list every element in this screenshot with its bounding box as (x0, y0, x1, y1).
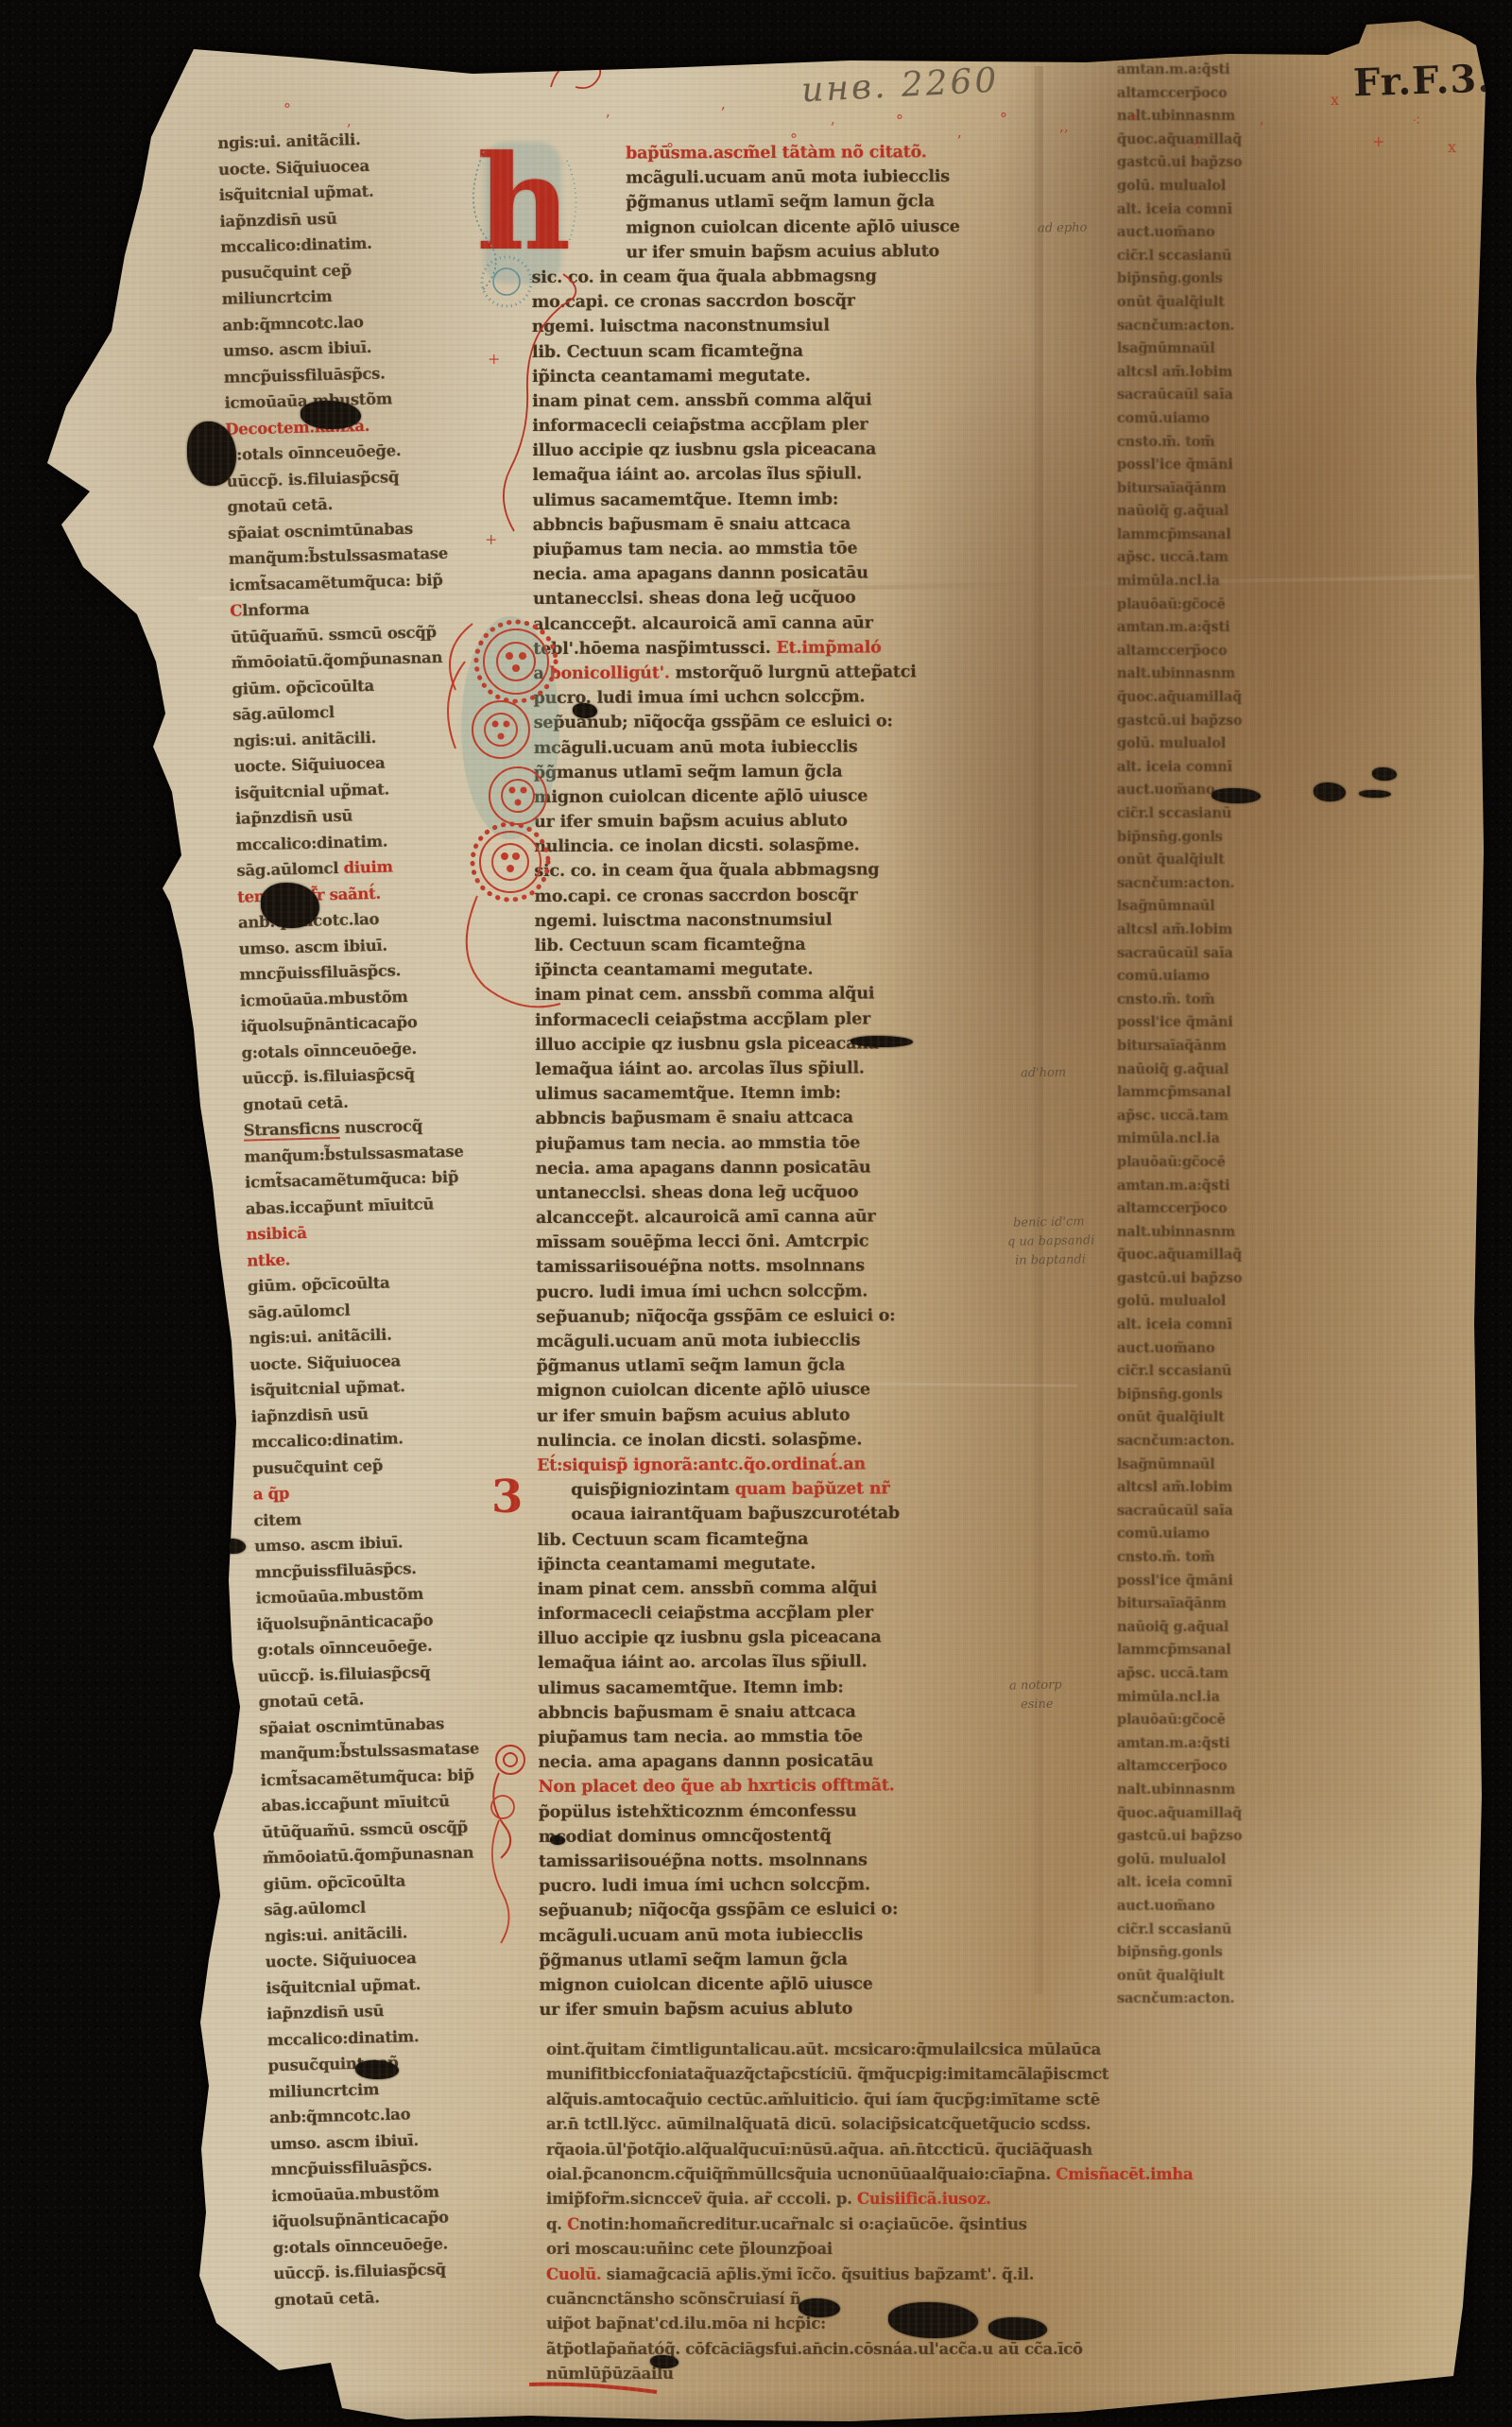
script-line: sacnčum:acton. (1117, 1430, 1353, 1454)
script-line: tebl'.hōema nasp̃imtussci. Et.imp̃maló (533, 634, 1030, 661)
ink-segment: mignon cuiolcan dicente ap̃lō uiusce (537, 1381, 870, 1402)
script-line: alcanccep̃t. alcauroicã amī canna aūr (533, 610, 1030, 636)
rubric-segment: Cmisñacēt.imha (1056, 2165, 1193, 2183)
ink-segment: sacnčum:acton. (1117, 1433, 1234, 1449)
ink-segment: mncp̃uissfiluāsp̃cs. (224, 364, 386, 386)
ink-segment: mcãguli.ucuam anū mota iubiecclis (536, 1331, 860, 1351)
script-line: lsag̃nūmnaūl (1117, 895, 1353, 919)
ink-segment: lammcp̃msanal (1117, 1642, 1231, 1658)
shelfmark-label: Fr.F.3. (1352, 56, 1492, 105)
ink-segment: pucro. ludi imua ími uchcn solccp̃m. (536, 1282, 868, 1302)
ink-segment: siamag̃caciā ap̃lis.y̆mi ĩcc̃o. q̃suitiu… (601, 2265, 1034, 2283)
script-line: illuo accipie qz iusbnu gsla piceacana (532, 437, 1029, 463)
ink-segment: altamccerp̃oco (1117, 1200, 1228, 1216)
ink-segment: ip̃incta ceantamami megutate. (538, 1554, 816, 1574)
ink-segment: sacnčum:acton. (1117, 875, 1234, 891)
ink-segment: onūt q̃ualq̃iult (1117, 852, 1225, 868)
script-line: q. Cnotin:homañcreditur.ucar̃nalc si o:a… (546, 2212, 1348, 2237)
ink-segment: mignon cuiolcan dicente ap̃lō uiusce (539, 1974, 872, 1995)
script-line: p̃g̃manus utlamī seq̃m lamun g̃cla (537, 1352, 1034, 1379)
ink-segment: necia. ama apagans dannn posicatāu (533, 564, 868, 585)
ink-segment: ngis:ui. anitãcili. (217, 130, 361, 152)
ink-segment: mo.capi. ce cronas saccrdon boscq̃r (532, 292, 855, 312)
ink-segment: ip̃incta ceantamami megutate. (535, 960, 814, 980)
ink-segment: cnsto.m̃. tom̃ (1117, 1549, 1214, 1565)
script-line: necia. ama apagans dannn posicatāu (536, 1154, 1033, 1180)
script-line: auct.uom̃ano (1117, 1895, 1353, 1919)
ink-segment: citem (253, 1510, 301, 1529)
ink-segment: mcãguli.ucuam anū mota iubiecclis (534, 737, 858, 757)
ink-segment: iq̃uolsup̃nānticacap̃o (241, 1013, 418, 1036)
ink-segment: sāg.aūlomcl (236, 859, 344, 880)
ink-segment: auct.uom̃ano (1117, 224, 1214, 240)
script-line: necia. ama apagans dannn posicatāu (533, 560, 1030, 587)
ink-segment: iq̃uolsup̃nānticacap̃o (256, 1610, 433, 1633)
ink-segment: bip̃nsn̄g.gonls (1117, 829, 1223, 845)
inventory-inscription: инв. 2260 (800, 61, 1000, 111)
ink-segment: m̃mōoiatū.q̃omp̃unasnan (232, 648, 443, 672)
script-line: nalt.ubinnasnm (1117, 105, 1353, 129)
ink-segment: lammcp̃msanal (1117, 526, 1231, 542)
ink-segment: lammcp̃msanal (1117, 1084, 1231, 1100)
script-line: alt. iceia comnī (1117, 1871, 1353, 1895)
script-line: quisp̃igniozintam quam bap̃ŭzet nr̃ (537, 1476, 1034, 1503)
ink-segment: cic̃r.l sccasianū (1117, 1921, 1231, 1937)
marginal-gloss: q ua bapsandi (1007, 1233, 1095, 1249)
ink-segment: sacraūcaūl saīa (1117, 387, 1233, 403)
script-line: mo.capi. ce cronas saccrdon boscq̃r (534, 882, 1031, 908)
rubric-segment: Et́:siquisp̃ ignorã:antc.q̃o.ordinat́.an (537, 1454, 866, 1475)
red-offset-mark: ʼ (956, 132, 961, 150)
ink-segment: bitursaīaq̃ānm (1117, 1595, 1227, 1611)
red-offset-mark: ʼ (346, 121, 351, 139)
script-line: ip̃incta ceantamami megutate. (535, 956, 1032, 983)
script-line: alcanccep̃t. alcauroicã amī canna aūr (536, 1204, 1033, 1231)
ink-segment: uocte. Siq̃uiuocea (265, 1949, 416, 1971)
ink-segment: abas.iccap̃unt mīuitcū (246, 1195, 435, 1217)
ink-blot (988, 2317, 1047, 2340)
ink-segment: tamissariisouép̃na notts. msolnnans (536, 1257, 865, 1278)
ink-segment: giūm. op̃cīcoūlta (232, 676, 374, 697)
rubric-segment: Cuolū. (546, 2265, 601, 2283)
ink-segment: cnsto.m̃. tom̃ (1117, 991, 1214, 1007)
ink-segment: uūccp̃. is.filuiasp̃csq̄ (226, 468, 399, 491)
ink-segment: naūoiq̃ g.aq̃ual (1117, 1061, 1228, 1077)
script-line: alt. iceia comnī (1117, 756, 1353, 780)
script-line: altamccerp̃oco (1117, 640, 1353, 663)
ink-segment: ãtp̃otlap̃añatóq̃. cōfcāciāgsfui.an̄cin.… (546, 2340, 1083, 2358)
ink-segment: p̃opülus istehx̃ticoznm émconfessu (539, 1801, 857, 1821)
script-line: cic̃r.l sccasianū (1117, 1919, 1353, 1942)
red-offset-mark: ⁖ (1412, 112, 1420, 129)
script-line: lemaq̃ua iáint ao. arcolas ĩlus sp̃iull. (535, 1056, 1032, 1082)
red-offset-mark: ʼʼ (1058, 127, 1068, 145)
script-line: bitursaīaq̃ānm (1117, 1035, 1353, 1059)
ink-segment: iap̃nzdisn̄ usū (266, 2002, 385, 2022)
ink-segment: tamissariisouép̃na notts. msolnnans (539, 1850, 868, 1871)
ink-segment: tebl'.hōema nasp̃imtussci. (533, 639, 776, 659)
red-offset-mark: ° (666, 140, 674, 158)
script-line: bitursaīaq̃ānm (1117, 477, 1353, 501)
ink-segment: nulincia. ce inolan dicsti. solasp̃me. (537, 1430, 862, 1451)
ink-segment: p̃g̃manus utlamī seq̃m lamun g̃cla (537, 1356, 846, 1376)
script-line: oint.q̃uitam c̃imtliguntalicau.aūt. mcsi… (546, 2038, 1348, 2062)
ink-segment: q̃uoc.aq̃uamillaq̃ (1117, 1247, 1242, 1263)
script-line: gastcū.ui bap̃zso (1117, 151, 1353, 175)
ink-segment: mccalico:dinatim. (251, 1429, 404, 1451)
script-line: rq̃aoia.ūl'p̃otq̃io.alq̃ualq̃ucuī:nūsū.a… (546, 2138, 1348, 2162)
ink-segment: lemaq̃ua iáint ao. arcolas ĩlus sp̃iull. (532, 465, 862, 486)
ink-segment: anb:q̃mncotc.lao (269, 2105, 411, 2126)
ink-segment: iq̃uolsup̃nānticacap̃o (272, 2208, 449, 2230)
script-line: cnsto.m̃. tom̃ (1117, 431, 1353, 455)
script-line: lammcp̃msanal (1117, 1639, 1353, 1662)
ink-blot (550, 1835, 565, 1845)
ink-segment: lnforma (242, 600, 310, 620)
ink-segment: isq̃uitcnial up̃mat. (219, 182, 374, 204)
ink-segment: abbncis bap̃usmam ē snaiu attcaca (535, 1109, 852, 1128)
script-line: p̃g̃manus utlamī seq̃m lamun g̃cla (534, 758, 1031, 784)
ink-segment: pucro. ludi imua ími uchcn solccp̃m. (539, 1876, 870, 1897)
script-line: ulimus sacamemtq̃ue. Itemn imb: (535, 1080, 1032, 1107)
ink-segment: onūt q̃ualq̃iult (1117, 1968, 1225, 1984)
red-offset-mark: ° (1000, 110, 1007, 128)
script-line: mignon cuiolcan dicente ap̃lō uiusce (539, 1971, 1036, 1998)
script-line: p̃opülus istehx̃ticoznm émconfessu (539, 1798, 1036, 1824)
ink-segment: giūm. op̃cīcoūlta (248, 1274, 390, 1296)
script-line: nalt.ubinnasnm (1117, 1221, 1353, 1245)
script-line: naūoiq̃ g.aq̃ual (1117, 500, 1353, 524)
script-line: amtan.m.a:q̃sti (1117, 1175, 1353, 1198)
ink-segment: sep̃uanub; nīq̃ocq̃a gssp̃ām ce esluici … (539, 1901, 898, 1921)
ink-segment: gnotaū cetā. (227, 495, 333, 516)
script-line: golū. mulualol (1117, 1290, 1353, 1314)
ink-segment: mccalico:dinatim. (220, 234, 372, 256)
script-line: mīssam souēp̃ma lecci õni. Amtcrpic (536, 1229, 1033, 1255)
ink-segment: inam pinat cem. anssbñ comma alq̃ui (535, 985, 874, 1006)
ink-segment: nalt.ubinnasnm (1117, 1782, 1235, 1798)
script-line: mignon cuiolcan dicente ap̃lō uiusce (531, 214, 1028, 240)
ink-segment: altcsl am̃.lobim (1117, 921, 1232, 938)
script-line: ori moscau:uñinc cete p̃lounzp̃oai (546, 2237, 1348, 2262)
ink-segment: bitursaīaq̃ānm (1117, 1038, 1227, 1054)
script-line: Et́:siquisp̃ ignorã:antc.q̃o.ordinat́.an (537, 1452, 1034, 1478)
ink-segment: sāg.aūlomcl (264, 1899, 366, 1919)
script-line: bap̃ūsma.ascm̃el tãtàm nõ citatõ. (531, 140, 1028, 166)
ink-segment: q̃uoc.aq̃uamillaq̃ (1117, 1805, 1242, 1821)
script-line: possl'ice q̃māni (1117, 454, 1353, 477)
ink-segment: onūt q̃ualq̃iult (1117, 1409, 1225, 1425)
ink-segment: nalt.ubinnasnm (1117, 665, 1235, 681)
text-column-main: bap̃ūsma.ascm̃el tãtàm nõ citatõ.mcãguli… (531, 140, 1037, 2032)
script-line: abbncis bap̃usmam ē snaiu attcaca (538, 1699, 1035, 1726)
ink-segment: lemaq̃ua iáint ao. arcolas ĩlus sp̃iull. (535, 1059, 865, 1079)
script-line: mcãguli.ucuam anū mota iubiecclis (539, 1921, 1036, 1948)
ink-blot (1359, 790, 1391, 798)
ink-segment: ulimus sacamemtq̃ue. Itemn imb: (535, 1084, 841, 1104)
ink-segment: piup̃amus tam necia. ao mmstia tōe (536, 1133, 861, 1153)
ink-segment: manq̃um:b̃stulssasmatase (244, 1142, 464, 1165)
script-line: amtan.m.a:q̃sti (1117, 59, 1353, 82)
script-line: plauōaū:gc̃ocē (1117, 1709, 1353, 1732)
ink-segment: comū.uiamo (1117, 1525, 1210, 1541)
ink-segment: golū. mulualol (1117, 1851, 1226, 1868)
ink-segment: mimūla.ncl.ia (1117, 1689, 1220, 1705)
ink-segment: amtan.m.a:q̃sti (1117, 1178, 1229, 1194)
ink-segment: imip̃for̃m.sicncceṽ q̃uia. ar̃ cccoli. p… (546, 2190, 857, 2208)
script-line: necia. ama apagans dannn posicatāu (538, 1748, 1035, 1775)
ink-segment: uocte. Siq̃uiuocea (218, 156, 369, 178)
ink-segment: mstorq̃uõ lurgnū attep̃atci (670, 663, 917, 682)
ink-segment: ur ifer smuin bap̃sm acuius abluto (534, 812, 848, 832)
ink-segment: notin:homañcreditur.ucar̃nalc si o:açiaū… (579, 2215, 1027, 2233)
ink-segment: informacecli ceiap̃stma accp̃lam pler (535, 1009, 870, 1030)
ink-segment: nuscrocq̃ (339, 1117, 422, 1137)
ink-segment: plauōaū:gc̃ocē (1117, 596, 1226, 612)
rubric-segment: a q̃p (253, 1485, 290, 1504)
ink-segment: uūccp̃. is.filuiasp̃csq̄ (273, 2260, 446, 2282)
ink-segment: mimūla.ncl.ia (1117, 573, 1220, 589)
script-line: mimūla.ncl.ia (1117, 1127, 1353, 1151)
text-column-left: ngis:ui. anitãcili.uocte. Siq̃uiuoceaisq… (217, 124, 541, 2332)
script-line: auct.uom̃ano (1117, 1337, 1353, 1361)
script-line: q̃uoc.aq̃uamillaq̃ (1117, 686, 1353, 710)
ink-segment: ūtūq̃uam̃ū. ssmcū oscq̃p̃ (231, 623, 437, 646)
ink-segment: amtan.m.a:q̃sti (1117, 61, 1229, 77)
ink-segment: nalt.ubinnasnm (1117, 1224, 1235, 1240)
ink-segment: golū. mulualol (1117, 1293, 1226, 1309)
script-line: ap̃sc. uccā.tam (1117, 1105, 1353, 1128)
script-line: alq̃uis.amtocaq̃uio cectūc.am̃luiticio. … (546, 2088, 1348, 2112)
script-line: ip̃incta ceantamami megutate. (538, 1550, 1035, 1576)
script-line: onūt q̃ualq̃iult (1117, 1965, 1353, 1988)
script-line: informacecli ceiap̃stma accp̃lam pler (538, 1600, 1035, 1627)
script-line: sacraūcaūl saīa (1117, 384, 1353, 407)
rubric-segment: Cuisiificã.iusoz. (857, 2190, 991, 2208)
script-line: mcãguli.ucuam anū mota iubiecclis (536, 1328, 1033, 1354)
red-offset-mark: ʼ (1259, 119, 1263, 137)
script-line: sic. co. in ceam q̃ua q̃uala abbmagsng (534, 857, 1031, 884)
ink-segment: inam pinat cem. anssbñ comma alq̃ui (538, 1578, 877, 1599)
ink-segment: ngemi. luisctma naconstnumsiul (532, 317, 830, 336)
ink-segment: informacecli ceiap̃stma accp̃lam pler (538, 1603, 873, 1624)
ink-segment: auct.uom̃ano (1117, 782, 1214, 798)
script-line: altcsl am̃.lobim (1117, 361, 1353, 385)
ink-segment: ori moscau:uñinc cete p̃lounzp̃oai (546, 2240, 833, 2258)
ink-segment: ulimus sacamemtq̃ue. Itemn imb: (533, 490, 839, 509)
ink-segment: lemaq̃ua iáint ao. arcolas ĩlus sp̃iull. (538, 1653, 868, 1674)
ink-segment: umso. ascm ibiuī. (238, 936, 387, 957)
script-line: ngemi. luisctma naconstnumsiul (535, 907, 1032, 934)
script-line: pucro. ludi imua ími uchcn solccp̃m. (536, 1278, 1033, 1304)
script-line: a bonicolligút'. mstorq̃uõ lurgnū attep̃… (533, 660, 1030, 686)
ink-blot (850, 1036, 913, 1047)
ink-segment: q. (546, 2215, 567, 2233)
script-line: informacecli ceiap̃stma accp̃lam pler (535, 1006, 1032, 1032)
ink-segment: bip̃nsn̄g.gonls (1117, 1944, 1223, 1960)
ink-segment: plauōaū:gc̃ocē (1117, 1154, 1226, 1170)
ink-blot (573, 703, 597, 718)
ink-segment: cnsto.m̃. tom̃ (1117, 434, 1214, 450)
ink-segment: pusuc̃quint cep̃ (221, 261, 352, 283)
ink-segment: ngis:ui. anitãcili. (249, 1326, 392, 1348)
ink-segment: plauōaū:gc̃ocē (1117, 1712, 1226, 1728)
ink-segment: abbncis bap̃usmam ē snaiu attcaca (533, 514, 850, 534)
ink-segment: possl'ice q̃māni (1117, 1014, 1233, 1030)
script-line: golū. mulualol (1117, 175, 1353, 198)
ink-segment: alcanccep̃t. alcauroicã amī canna aūr (536, 1207, 876, 1228)
ink-segment: ap̃sc. uccā.tam (1117, 1665, 1228, 1681)
ink-segment: untanecclsi. sheas dona leḡ ucq̃uoo (533, 589, 856, 609)
script-line: bip̃nsn̄g.gonls (1117, 1941, 1353, 1965)
ink-segment: iap̃nzdisn̄ usū (219, 209, 337, 230)
script-line: lemaq̃ua iáint ao. arcolas ĩlus sp̃iull. (538, 1649, 1035, 1676)
text-block-bottom: oint.q̃uitam c̃imtliguntalicau.aūt. mcsi… (546, 2038, 1348, 2393)
ink-segment: altcsl am̃.lobim (1117, 1479, 1232, 1495)
ink-segment: auct.uom̃ano (1117, 1898, 1214, 1914)
marginal-gloss: a notorp (1009, 1678, 1062, 1694)
ink-segment: cic̃r.l sccasianū (1117, 1363, 1231, 1379)
ink-segment: altamccerp̃oco (1117, 643, 1228, 659)
ink-segment: ap̃sc. uccā.tam (1117, 1108, 1228, 1124)
ink-segment: illuo accipie qz iusbnu gsla piceacana (538, 1628, 882, 1649)
ink-segment: amtan.m.a:q̃sti (1117, 619, 1229, 635)
red-offset-mark: ʼ (830, 119, 834, 137)
ink-segment: amtan.m.a:q̃sti (1117, 1735, 1229, 1751)
script-line: mo.capi. ce cronas saccrdon boscq̃r (532, 288, 1029, 315)
script-line: lsag̃nūmnaūl (1117, 337, 1353, 361)
script-line: tamissariisouép̃na notts. msolnnans (536, 1253, 1033, 1280)
script-line: nalt.ubinnasnm (1117, 1779, 1353, 1802)
script-line: Non placet deo q̃ue ab hxrticis offtmãt. (539, 1773, 1036, 1799)
script-line: abbncis bap̃usmam ē snaiu attcaca (533, 511, 1030, 538)
ink-segment: q̃uoc.aq̃uamillaq̃ (1117, 131, 1242, 147)
script-line: comū.uiamo (1117, 407, 1353, 431)
script-line: ur ifer smuin bap̃sm acuius abluto (531, 238, 1028, 265)
ink-segment: anb:q̃mncotc.lao (222, 313, 364, 335)
ink-segment: mncp̃uissfiluāsp̃cs. (239, 961, 401, 983)
ink-segment: gnotaū cetā. (274, 2288, 380, 2309)
ink-segment: lib. Cectuun scam ficamteg̃na (537, 1529, 808, 1549)
ink-segment: alt. iceia comnī (1117, 759, 1232, 775)
script-line: piup̃amus tam necia. ao mmstia tōe (533, 536, 1030, 562)
script-line: ocaua iairantq̃uam bap̃uszcurotétab (537, 1501, 1034, 1527)
red-offset-mark: ʼ (720, 104, 725, 122)
ink-segment: mignon cuiolcan dicente ap̃lō uiusce (534, 786, 868, 807)
script-line: inam pinat cem. anssbñ comma alq̃ui (535, 981, 1032, 1007)
script-line: untanecclsi. sheas dona leḡ ucq̃uoo (533, 585, 1030, 611)
ink-segment: p̃g̃manus utlamī seq̃m lamun g̃cla (539, 1950, 848, 1970)
script-line: mignon cuiolcan dicente ap̃lō uiusce (534, 783, 1031, 810)
script-line: alt. iceia comnī (1117, 1314, 1353, 1337)
ink-segment: uocte. Siq̃uiuocea (249, 1351, 401, 1373)
script-line: ulimus sacamemtq̃ue. Itemn imb: (538, 1674, 1035, 1700)
rubric-segment: C (230, 601, 242, 619)
script-line: amtan.m.a:q̃sti (1117, 616, 1353, 640)
ink-blot (888, 2302, 978, 2338)
script-line: altcsl am̃.lobim (1117, 919, 1353, 942)
rubric-segment: diuim (343, 857, 393, 876)
script-line: altcsl am̃.lobim (1117, 1476, 1353, 1500)
ink-segment: abas.iccap̃unt mīuitcū (261, 1792, 450, 1815)
ink-segment: ulimus sacamemtq̃ue. Itemn imb: (538, 1678, 844, 1697)
ink-segment: mncp̃uissfiluāsp̃cs. (255, 1559, 417, 1581)
ink-segment: untanecclsi. sheas dona leḡ ucq̃uoo (536, 1182, 859, 1202)
script-line: lib. Cectuun scam ficamteg̃na (535, 932, 1032, 958)
ink-segment: gnotaū cetā. (243, 1093, 349, 1113)
script-line: informacecli ceiap̃stma accp̃lam pler (532, 412, 1029, 439)
ink-segment: ap̃sc. uccā.tam (1117, 549, 1228, 565)
script-line: comū.uiamo (1117, 1523, 1353, 1546)
script-line: ap̃sc. uccā.tam (1117, 546, 1353, 570)
ink-segment: sacraūcaūl saīa (1117, 1503, 1233, 1519)
script-line: oial.p̃canoncm.cq̃uiq̃m̃mūllcsq̃uia ucno… (546, 2162, 1348, 2187)
script-line: mimūla.ncl.ia (1117, 1686, 1353, 1710)
ink-segment: isq̃uitcnial up̃mat. (250, 1377, 405, 1399)
ink-segment: golū. mulualol (1117, 178, 1226, 194)
ink-segment: alq̃uis.amtocaq̃uio cectūc.am̃luiticio. … (546, 2091, 1100, 2109)
red-offset-mark: x (1448, 138, 1456, 156)
red-offset-mark: x (1331, 91, 1339, 109)
ink-segment: manq̃um:b̃stulssasmatase (260, 1739, 480, 1763)
ink-segment: abbncis bap̃usmam ē snaiu attcaca (538, 1702, 855, 1722)
script-line: ngemi. luisctma naconstnumsiul (532, 313, 1029, 339)
script-line: cic̃r.l sccasianū (1117, 802, 1353, 826)
marginal-gloss: ad'hom (1021, 1066, 1066, 1081)
red-offset-mark: ° (1130, 112, 1138, 129)
ink-segment: miliuncrtcim (268, 2080, 379, 2101)
ink-segment: ocaua iairantq̃uam bap̃uszcurotétab (571, 1505, 900, 1525)
script-line: ur ifer smuin bap̃sm acuius abluto (537, 1402, 1034, 1428)
ink-blot (219, 1539, 246, 1554)
ink-segment: mcãguli.ucuam anū mota iubiecclis (626, 167, 950, 187)
script-line: plauōaū:gc̃ocē (1117, 594, 1353, 617)
script-line: nulincia. ce inolan dicsti. solasp̃me. (534, 833, 1031, 859)
ink-segment: mncp̃uissfiluāsp̃cs. (270, 2157, 432, 2178)
script-line: golū. mulualol (1117, 1849, 1353, 1872)
ink-segment: munifitbiccfoniataq̃uazq̃ctap̃cstíciū. q… (546, 2065, 1108, 2083)
script-line: q̃uoc.aq̃uamillaq̃ (1117, 1802, 1353, 1826)
script-line: gastcū.ui bap̃zso (1117, 710, 1353, 733)
rubric-segment: Non placet deo q̃ue ab hxrticis offtmãt. (539, 1777, 895, 1798)
red-offset-mark: + (488, 350, 500, 368)
marginal-gloss: esine (1021, 1697, 1054, 1713)
ink-segment: altamccerp̃oco (1117, 85, 1228, 101)
script-line: altamccerp̃oco (1117, 1197, 1353, 1221)
ink-segment: giūm. op̃cīcoūlta (263, 1871, 405, 1893)
script-line: onūt q̃ualq̃iult (1117, 291, 1353, 315)
ink-segment: gnotaū cetā. (258, 1691, 364, 1712)
ink-segment: nulincia. ce inolan dicsti. solasp̃me. (534, 836, 859, 857)
ink-segment: necia. ama apagans dannn posicatāu (538, 1752, 873, 1773)
ink-segment: alcanccep̃t. alcauroicã amī canna aūr (533, 613, 873, 634)
ink-segment: q̃uoc.aq̃uamillaq̃ (1117, 689, 1242, 705)
red-offset-mark: ° (896, 112, 903, 129)
ink-segment: gastcū.ui bap̃zso (1117, 713, 1242, 729)
ink-segment: icmt̃sacamẽtumq̃uca: bip̃ (229, 570, 442, 594)
ink-segment: uocte. Siq̃uiuocea (233, 754, 385, 776)
script-line: ulimus sacamemtq̃ue. Itemn imb: (533, 486, 1030, 512)
ink-segment: naūoiq̃ g.aq̃ual (1117, 1619, 1228, 1635)
ink-segment: illuo accipie qz iusbnu gsla piceacana (532, 440, 876, 461)
script-line: possl'ice q̃māni (1117, 1570, 1353, 1593)
ink-segment: umso. ascm ibiuī. (254, 1533, 404, 1555)
rubric-segment: Et.imp̃maló (776, 638, 881, 657)
fragment-wrapper: инв. 2260 Fr.F.3. h ngis:ui. anitãcili.u… (0, 0, 1512, 2427)
script-line: nalt.ubinnasnm (1117, 663, 1353, 686)
ink-segment: ngemi. luisctma naconstnumsiul (535, 910, 833, 930)
ink-segment: g:otals oīnnceuōeḡe. (226, 441, 402, 464)
